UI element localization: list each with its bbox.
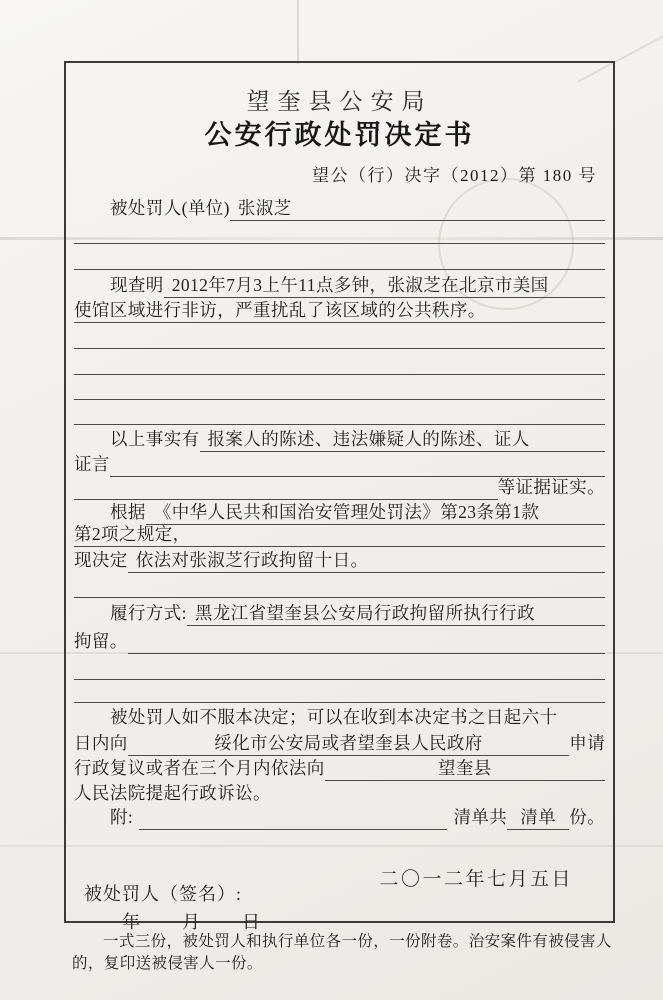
appeal-line-2: 日内向 绥化市公安局或者望奎县人民政府 申请	[74, 730, 605, 756]
blank-line	[74, 349, 605, 375]
evidence-line-1: 以上事实有 报案人的陈述、违法嫌疑人的陈述、证人	[74, 425, 605, 452]
signature-area: 二〇一二年七月五日 被处罚人（签名）: 年 月 日	[66, 862, 613, 922]
evidence-value-2: 证言	[74, 454, 110, 477]
attachment-label: 附:	[74, 807, 133, 830]
appeal-value-2: 绥化市公安局或者望奎县人民政府	[128, 733, 569, 756]
blank-line	[74, 654, 605, 680]
blank-line	[74, 244, 605, 270]
blank-underline	[74, 499, 498, 500]
blank-line	[74, 375, 605, 400]
signatory-label: 被处罚人（签名）:	[84, 880, 242, 906]
document-border-box: 望奎县公安局 公安行政处罚决定书 望公（行）决字（2012）第 180 号 被处…	[64, 61, 615, 923]
appeal-line-1: 被处罚人如不服本决定；可以在收到本决定书之日起六十	[74, 703, 605, 730]
blank-line	[74, 400, 605, 425]
crease-line	[297, 0, 299, 64]
legal-basis-value-2: 第2项之规定，	[74, 524, 605, 547]
legal-basis-label: 根据	[74, 502, 146, 525]
document-number: 望公（行）决字（2012）第 180 号	[66, 161, 613, 187]
evidence-line-2: 证言	[74, 452, 605, 477]
appeal-pre-2: 日内向	[74, 733, 128, 756]
execution-label: 履行方式:	[74, 603, 187, 626]
facts-value-2: 使馆区域进行非访，严重扰乱了该区域的公共秩序。	[74, 300, 605, 323]
execution-line-1: 履行方式: 黑龙江省望奎县公安局行政拘留所执行行政	[74, 598, 605, 626]
decision-value: 依法对张淑芝行政拘留十日。	[128, 550, 605, 573]
attachment-line: 附: 清单共 清单 份。	[74, 806, 605, 830]
attachment-mid-label: 清单共	[453, 807, 507, 830]
evidence-value-1: 报案人的陈述、违法嫌疑人的陈述、证人	[200, 429, 606, 452]
facts-value-1: 2012年7月3上午11点多钟，张淑芝在北京市美国	[164, 275, 605, 298]
facts-line-1: 现查明 2012年7月3上午11点多钟，张淑芝在北京市美国	[74, 270, 605, 298]
legal-basis-line-2: 第2项之规定，	[74, 525, 605, 547]
execution-line-2: 拘留。	[74, 626, 605, 654]
blank-line	[74, 680, 605, 703]
blank-underline	[128, 653, 605, 654]
decision-label: 现决定	[74, 550, 128, 573]
attachment-suffix: 份。	[569, 807, 605, 830]
issue-date: 二〇一二年七月五日	[379, 864, 573, 891]
execution-value-2: 拘留。	[74, 631, 128, 654]
blank-underline	[139, 829, 447, 830]
recipient-line: 被处罚人(单位) 张淑芝	[74, 195, 605, 221]
recipient-label: 被处罚人(单位)	[74, 198, 230, 221]
blank-line	[74, 221, 605, 244]
footer-note: 一式三份，被处罚人和执行单位各一份，一份附卷。治安案件有被侵害人的，复印送被侵害…	[72, 931, 612, 975]
blank-line	[74, 573, 605, 598]
blank-line	[74, 323, 605, 349]
appeal-line-3: 行政复议或者在三个月内依法向 望奎县	[74, 756, 605, 781]
appeal-pre-3: 行政复议或者在三个月内依法向	[74, 758, 325, 781]
evidence-suffix: 等证据证实。	[498, 477, 605, 500]
appeal-value-3: 望奎县	[325, 758, 605, 781]
decision-line: 现决定 依法对张淑芝行政拘留十日。	[74, 547, 605, 573]
facts-label: 现查明	[74, 275, 164, 298]
attachment-count-value: 清单	[507, 807, 569, 830]
appeal-text-1: 被处罚人如不服本决定；可以在收到本决定书之日起六十	[74, 707, 558, 730]
appeal-suffix-2: 申请	[569, 733, 605, 756]
appeal-line-4: 人民法院提起行政诉讼。	[74, 781, 605, 806]
evidence-label: 以上事实有	[74, 429, 200, 452]
evidence-line-3: 等证据证实。	[74, 477, 605, 500]
legal-basis-line-1: 根据 《中华人民共和国治安管理处罚法》第23条第1款	[74, 500, 605, 525]
recipient-value: 张淑芝	[230, 198, 605, 221]
document-title: 公安行政处罚决定书	[66, 113, 613, 149]
agency-title: 望奎县公安局	[66, 83, 613, 113]
facts-line-2: 使馆区域进行非访，严重扰乱了该区域的公共秩序。	[74, 298, 605, 323]
legal-basis-value-1: 《中华人民共和国治安管理处罚法》第23条第1款	[146, 502, 605, 525]
appeal-text-4: 人民法院提起行政诉讼。	[74, 783, 271, 806]
execution-value-1: 黑龙江省望奎县公安局行政拘留所执行行政	[187, 603, 605, 626]
scanned-paper-background: 望奎县公安局 公安行政处罚决定书 望公（行）决字（2012）第 180 号 被处…	[0, 0, 663, 1000]
